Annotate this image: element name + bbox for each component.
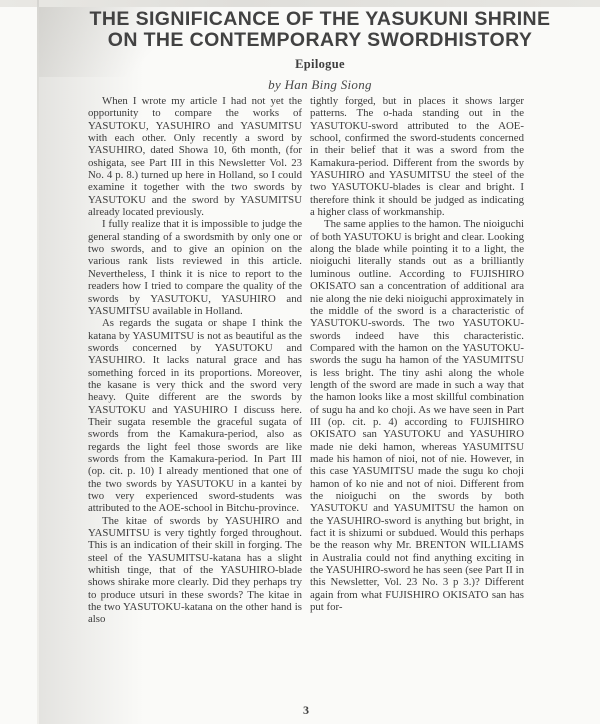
- scan-top-edge: [0, 0, 600, 7]
- scan-page-edge-line: [37, 0, 39, 724]
- paragraph: As regards the sugata or shape I think t…: [88, 317, 302, 515]
- left-column: When I wrote my article I had not yet th…: [88, 95, 302, 713]
- page-number: 3: [88, 703, 524, 718]
- two-column-body: When I wrote my article I had not yet th…: [88, 95, 524, 713]
- scanned-document-page: THE SIGNIFICANCE OF THE YASUKUNI SHRINE …: [0, 0, 600, 724]
- paragraph: When I wrote my article I had not yet th…: [88, 95, 302, 218]
- article-title-line1: THE SIGNIFICANCE OF THE YASUKUNI SHRINE: [90, 8, 551, 30]
- right-column: tightly forged, but in places it shows l…: [310, 95, 524, 713]
- paragraph: tightly forged, but in places it shows l…: [310, 95, 524, 218]
- paragraph: The kitae of swords by YASUHIRO and YASU…: [88, 515, 302, 626]
- paragraph: I fully realize that it is impossible to…: [88, 218, 302, 317]
- byline: by Han Bing Siong: [40, 77, 600, 93]
- article-title: THE SIGNIFICANCE OF THE YASUKUNI SHRINE …: [40, 9, 600, 50]
- article-header: THE SIGNIFICANCE OF THE YASUKUNI SHRINE …: [40, 9, 600, 93]
- article-title-line2: ON THE CONTEMPORARY SWORDHISTORY: [108, 29, 533, 51]
- section-heading: Epilogue: [40, 57, 600, 72]
- paragraph: The same applies to the hamon. The nioig…: [310, 218, 524, 613]
